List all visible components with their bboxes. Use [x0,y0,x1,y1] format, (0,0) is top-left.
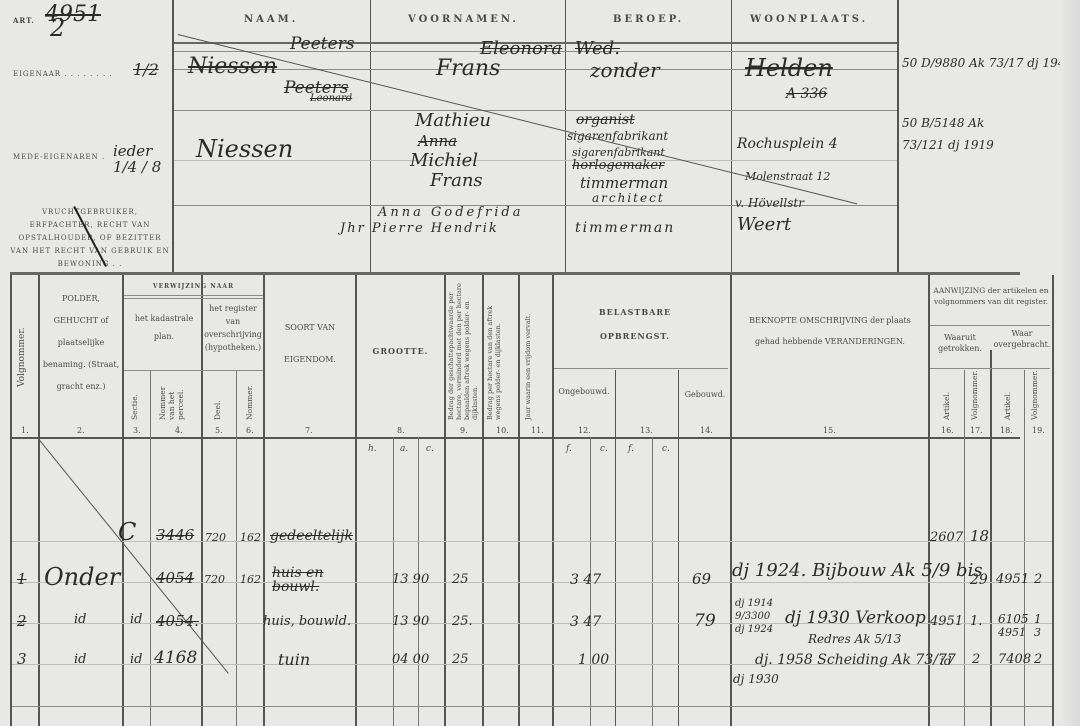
col-num-15: 15. [823,426,836,435]
col-num-5: 5. [215,426,223,435]
row-1-gebouwd: 69 [692,570,711,588]
row-2-volg: 2 [17,612,27,630]
row-1-grootte: 13 90 [392,572,429,587]
eigenaar-share: 1/2 [133,60,159,79]
co-owner-naam: Niessen [196,135,293,163]
col-num-3: 3. [133,426,141,435]
row-1-nommer: 162 [240,573,261,586]
pre-row-perceel: 3446 [156,526,194,544]
row-3-soort: tuin [278,650,310,669]
co-owner-beroep-1: organist [576,112,635,128]
row-3-volg: 3 [17,650,27,668]
row-2-soort: huis, bouwld. [263,614,351,629]
col-num-13: 13. [640,426,653,435]
col-num-14: 14. [700,426,713,435]
row-1-col9: 25 [452,572,469,587]
col-num-8: 8. [397,426,405,435]
col-num-19: 19. [1032,426,1045,435]
row-2-col9: 25. [452,614,473,629]
row-2-vol19b: 3 [1034,626,1041,639]
row-2-art16: 4951 [930,614,963,629]
row-1-omschrijving: dj 1924. Bijbouw Ak 5/9 bis [732,560,983,581]
row-3-ongebouwd: 1 00 [578,652,609,668]
row-3-omschrijving: dj. 1958 Scheiding Ak 73/77 [755,652,956,668]
row-3-sectie: id [130,652,142,667]
unit-f1: f. [566,444,572,454]
row-2-ongebouwd: 3 47 [570,614,601,630]
col-10-header: Bedrag per hectare van den aftrek wegens… [486,282,516,420]
col-woonplaats-header: WOONPLAATS. [750,14,868,25]
row-2-gebouwd: 79 [694,611,716,631]
pre-row-nommer: 162 [240,531,261,544]
owner-naam: Niessen [188,54,277,79]
register-page: ART. 4951 2 NAAM. VOORNAMEN. BEROEP. WOO… [0,0,1080,726]
usufruct-voornamen-2: Jhr Pierre Hendrik [340,221,499,236]
waar-group: Waar overgebracht. [992,328,1052,350]
usufruct-voornamen-1: Anna Godefrida [378,205,524,220]
row-1-vol19: 2 [1034,572,1042,587]
row-1-deel: 720 [204,573,225,586]
kadastrale-group: het kadastrale plan. [128,310,200,346]
aanwijzing-group: AANWIJZING der artikelen en volgnommers … [930,285,1052,307]
row-2-perceel: 4054. [156,612,199,630]
co-owner-woonplaats-3: v. Hövellstr [735,196,804,210]
row-3-note: dj 1930 [733,672,779,686]
row-3-vol19: 2 [1034,652,1042,667]
co-owner-woonplaats-1: Rochusplein 4 [737,136,838,152]
eigenaar-label: EIGENAAR . . . . . . . . [13,70,113,78]
col-9-header: Bedrag der geschattepachtwaarde per hect… [447,282,481,420]
owner-naam-above: Peeters [290,34,355,54]
co-owner-beroep-5: timmerman [580,174,668,192]
row-2-vol17: 1. [970,614,982,629]
belastbare-group: BELASTBARE OPBRENGST. [580,300,690,348]
row-3-polder: id [74,652,86,667]
row-1-perceel: 4054 [156,569,194,587]
col-num-17: 17. [970,426,983,435]
col-4-header: Nommer van het perceel. [158,375,188,420]
row-1-art18: 4951 [996,572,1029,587]
verwijzing-naar: VERWIJZING NAAR [124,280,263,293]
row-2-art18b: 4951 [998,626,1026,639]
row-2-grootte: 13 90 [392,614,429,629]
pre-row-soort: gedeeltelijk [270,528,353,544]
col-num-2: 2. [77,426,85,435]
mede-eigenaren-share: ieder 1/4 / 8 [113,143,168,175]
row-3-col9: 25 [452,652,469,667]
row-2-polder: id [74,612,86,627]
owner-woonplaats-sub: A 336 [786,86,827,102]
usufruct-beroep: timmerman [575,220,675,236]
col-num-16: 16. [941,426,954,435]
margin-note-1: 50 D/9880 Ak 73/17 dj 1942 [902,56,1073,70]
unit-f2: f. [628,444,634,454]
col-12-header: Ongebouwd. [556,380,612,404]
col-11-header: Jaar waarin een vrijdom vervalt. [524,282,548,420]
col-beroep-header: BEROEP. [613,14,684,25]
row-1-polder: Onder [44,563,120,591]
row-1-volg: 1 [17,570,27,588]
co-owner-voornaam-4: Frans [430,170,483,191]
row-2-art18: 6105 [998,612,1029,626]
row-2-note-2: 9/3300 [735,611,770,622]
col-16-header: Artikel. [942,372,951,420]
col-3-header: Sectie. [130,375,139,420]
owner-voornamen: Frans [436,56,500,81]
col-5-header: Deel. [213,375,222,420]
pre-row-deel: 720 [205,531,226,544]
register-group: het register van overschrijving (hypothe… [203,302,263,354]
col-num-11: 11. [531,426,544,435]
row-3-art18: 7408 [998,652,1031,667]
co-owner-voornaam-2: Anna [418,132,457,150]
unit-c: c. [426,444,434,454]
unit-c1: c. [600,444,608,454]
row-2-sectie: id [130,612,142,627]
col-num-1: 1. [21,426,29,435]
col-num-7: 7. [305,426,313,435]
col-17-header: Volgnommer. [970,372,986,420]
col-1-header: Volgnommer. [18,300,27,415]
col-naam-header: NAAM. [244,14,298,25]
pre-row-sectie: C [118,518,136,546]
col-num-10: 10. [496,426,509,435]
col-6-header: Nommer. [245,375,254,420]
row-3-perceel: 4168 [154,648,197,668]
col-8-header: GROOTTE. [357,345,444,358]
co-owner-voornaam-1: Mathieu [415,110,491,131]
art-label: ART. [13,16,35,25]
co-owner-voornaam-3: Michiel [410,150,478,171]
pre-row-art16: 2607 [930,530,963,545]
owner-woonplaats: Helden [745,54,833,82]
col-num-12: 12. [578,426,591,435]
row-2-omschrijving: dj 1930 Verkoop [785,608,926,628]
row-3-grootte: 04 00 [392,652,429,667]
unit-a: a. [400,444,408,454]
co-owner-woonplaats-2: Molenstraat 12 [745,170,830,183]
owner-naam-sub: Leonard [310,93,352,104]
row-2-vol19: 1 [1034,612,1042,626]
row-3-vol17: 2 [972,652,980,667]
art-number-2: 2 [50,14,65,42]
row-1-vol17: 29 [970,572,988,588]
row-2-note-3: dj 1924 [735,624,773,635]
row-3-art16: id [940,654,952,668]
row-2-redres: Redres Ak 5/13 [808,632,901,646]
col-num-18: 18. [1000,426,1013,435]
col-voornamen-header: VOORNAMEN. [408,14,519,25]
col-18-header: Artikel. [1003,372,1012,420]
col-7-header: SOORT VAN EIGENDOM. [265,312,355,376]
row-1-ongebouwd: 3 47 [570,572,601,588]
pre-row-vol17: 18 [970,527,989,545]
col-num-9: 9. [460,426,468,435]
col-num-6: 6. [246,426,254,435]
row-1-soort: huis en bouwl. [272,566,352,594]
co-owner-beroep-4: horlogemaker [572,158,664,173]
col-15-header: BEKNOPTE OMSCHRIJVING der plaats gehad h… [740,310,920,352]
owner-beroep-struck: Wed. [575,38,620,59]
mede-eigenaren-label: MEDE-EIGENAREN . [13,153,105,161]
unit-h: h. [368,444,377,454]
waaruit-group: Waaruit getrokken. [930,332,990,354]
col-num-4: 4. [175,426,183,435]
unit-c2: c. [662,444,670,454]
co-owner-beroep-6: architect [592,191,665,205]
margin-note-2: 50 B/5148 Ak 73/121 dj 1919 [902,112,1022,156]
row-2-note-1: dj 1914 [735,598,773,609]
col-14-header: Gebouwd. [680,388,730,401]
col-2-header: POLDER, GEHUCHT of plaatselijke benaming… [40,288,122,398]
col-19-header: Volgnommer. [1030,372,1046,420]
usufruct-woonplaats: Weert [737,214,791,235]
owner-beroep: zonder [590,58,660,82]
